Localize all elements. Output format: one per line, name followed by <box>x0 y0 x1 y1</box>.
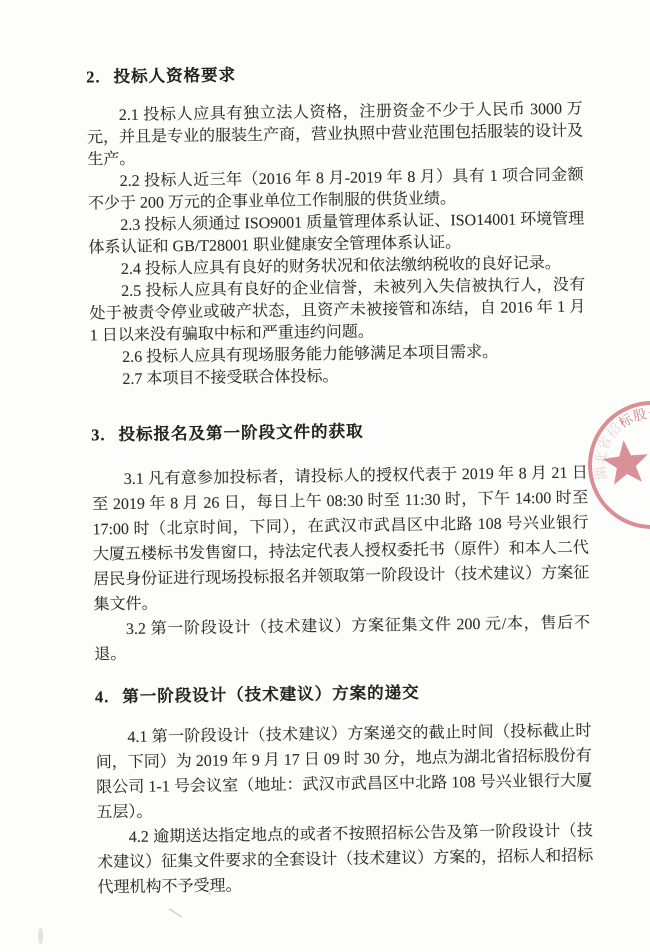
scan-artifact <box>38 928 43 944</box>
section-bidder-qualifications: 2.投标人资格要求 2.1 投标人应具有独立法人资格，注册资金不少于人民币 30… <box>86 57 587 392</box>
paragraph: 2.2 投标人近三年（2016 年 8 月-2019 年 8 月）具有 1 项合… <box>88 165 585 216</box>
section-proposal-submission: 4.第一阶段设计（技术建议）方案的递交 4.1 第一阶段设计（技术建议）方案递交… <box>95 676 594 900</box>
section-heading: 4.第一阶段设计（技术建议）方案的递交 <box>95 676 591 707</box>
section-title: 第一阶段设计（技术建议）方案的递交 <box>122 683 420 706</box>
scan-artifact <box>169 908 183 918</box>
document-page: 2.投标人资格要求 2.1 投标人应具有独立法人资格，注册资金不少于人民币 30… <box>0 0 650 952</box>
paragraph: 3.1 凡有意参加投标者，请投标人的授权代表于 2019 年 8 月 21 日至… <box>92 460 590 617</box>
section-registration-and-document-obtaining: 3.投标报名及第一阶段文件的获取 3.1 凡有意参加投标者，请投标人的授权代表于… <box>91 415 590 668</box>
section-title: 投标人资格要求 <box>113 65 236 86</box>
section-number: 4. <box>95 687 110 706</box>
paragraph: 4.2 逾期送达指定地点的或者不按照招标公告及第一阶段设计（技术建议）征集文件要… <box>97 818 594 900</box>
section-title: 投标报名及第一阶段文件的获取 <box>118 422 363 444</box>
paragraph: 2.1 投标人应具有独立法人资格，注册资金不少于人民币 3000 万元，并且是专… <box>87 99 584 172</box>
scan-artifact <box>208 892 211 895</box>
section-heading: 3.投标报名及第一阶段文件的获取 <box>91 415 587 446</box>
paragraph: 3.2 第一阶段设计（技术建议）方案征集文件 200 元/本，售后不退。 <box>94 610 591 667</box>
section-number: 3. <box>91 425 106 444</box>
section-number: 2. <box>86 67 101 86</box>
document-body: 2.投标人资格要求 2.1 投标人应具有独立法人资格，注册资金不少于人民币 30… <box>86 57 594 901</box>
paragraph: 2.3 投标人须通过 ISO9001 质量管理体系认证、ISO14001 环境管… <box>88 209 585 260</box>
paragraph: 2.5 投标人应具有良好的企业信誉，未被列入失信被执行人，没有处于被责令停业或破… <box>89 275 586 348</box>
section-heading: 2.投标人资格要求 <box>86 57 582 88</box>
company-seal-stamp: 湖北省招标股份 <box>563 384 650 556</box>
paragraph: 4.1 第一阶段设计（技术建议）方案递交的截止时间（投标截止时间，下同）为 20… <box>95 718 592 825</box>
